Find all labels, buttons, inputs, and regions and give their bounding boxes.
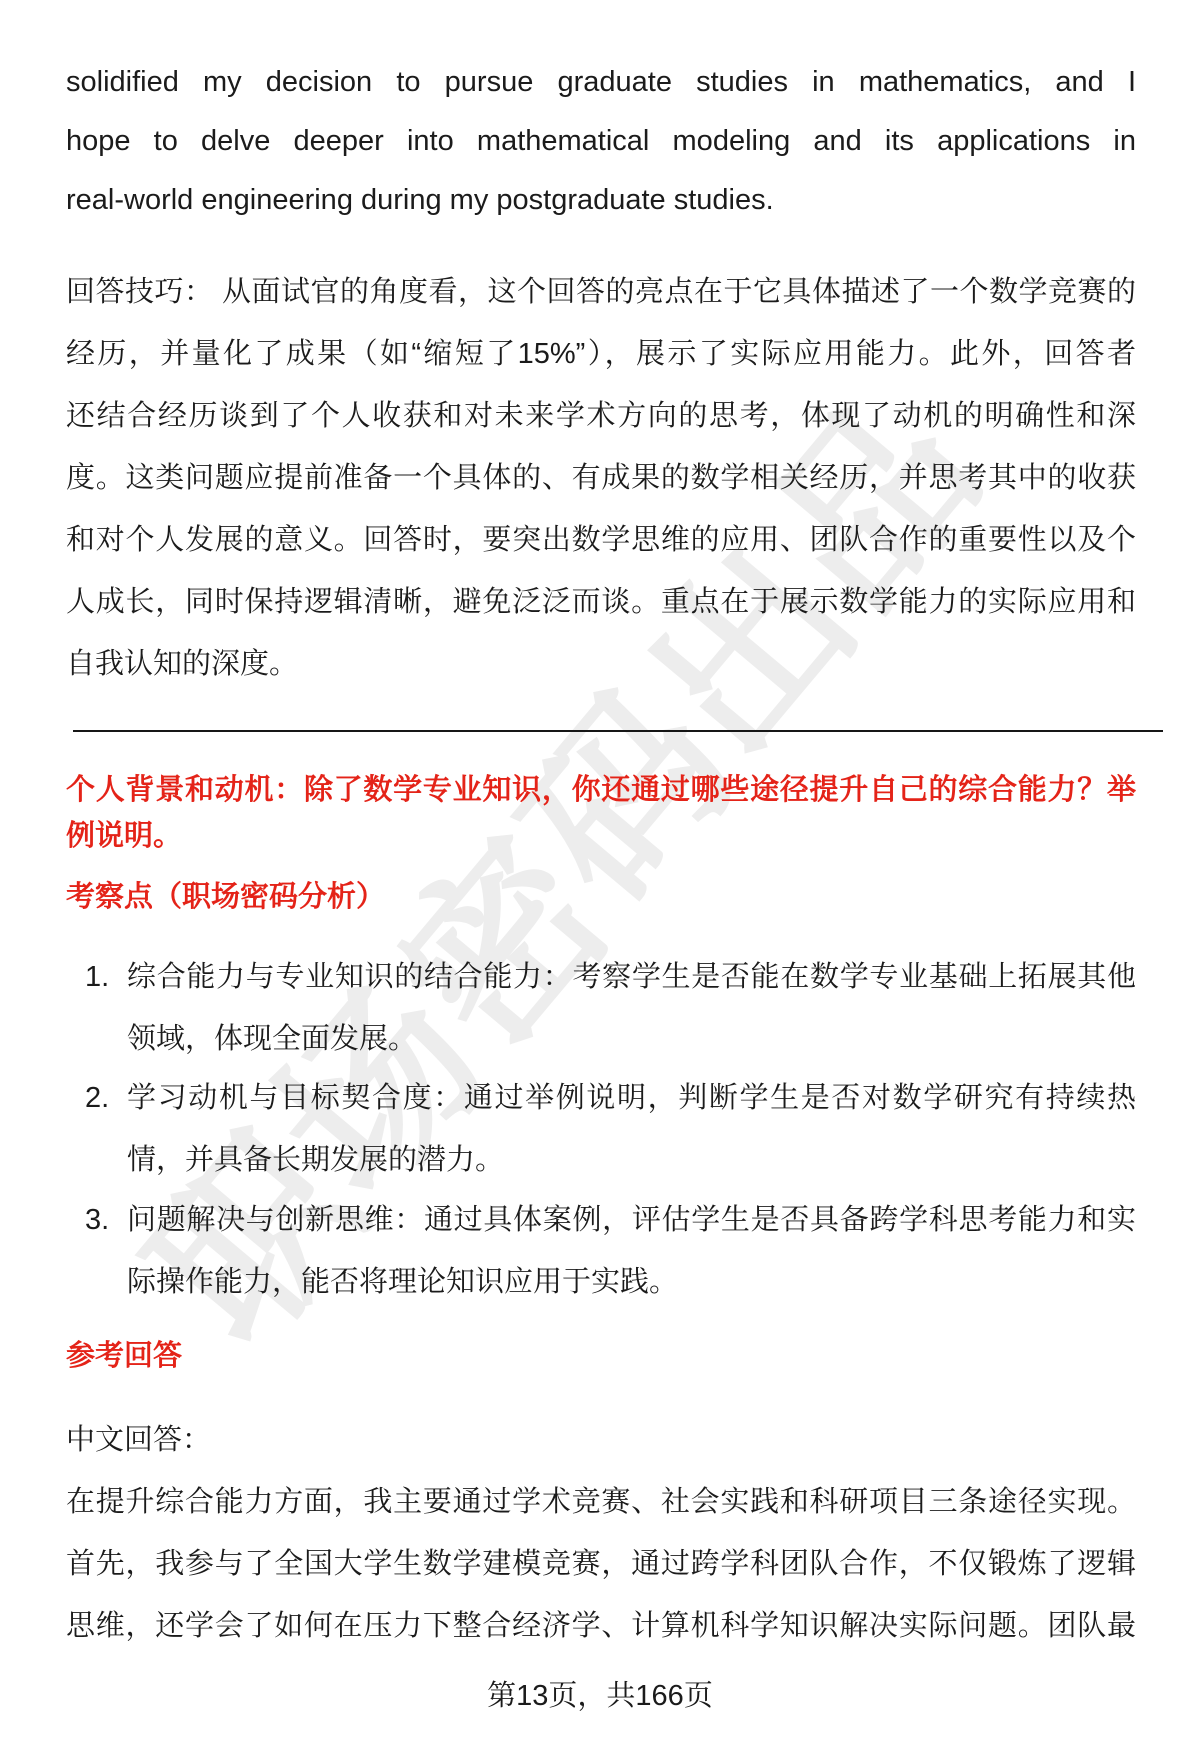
text-line: 度。这类问题应提前准备一个具体的、有成果的数学相关经历，并思考其中的收获: [66, 447, 1136, 509]
text-line: 思维，还学会了如何在压力下整合经济学、计算机科学知识解决实际问题。团队最: [66, 1595, 1136, 1657]
exam-point-item-1: 1. 综合能力与专业知识的结合能力：考察学生是否能在数学专业基础上拓展其他 领域…: [66, 946, 1136, 1070]
text-line: 首先，我参与了全国大学生数学建模竞赛，通过跨学科团队合作，不仅锻炼了逻辑: [66, 1533, 1136, 1595]
text-line: hope to delve deeper into mathematical m…: [66, 112, 1136, 171]
list-number: 3.: [85, 1189, 109, 1251]
text-line: 还结合经历谈到了个人收获和对未来学术方向的思考，体现了动机的明确性和深: [66, 385, 1136, 447]
text-line: 个人背景和动机：除了数学专业知识，你还通过哪些途径提升自己的综合能力？举: [66, 767, 1136, 813]
reference-answer-heading: 参考回答: [66, 1333, 1136, 1379]
page-number: 第13页，共166页: [0, 1674, 1200, 1718]
answer-tips-paragraph: 回答技巧： 从面试官的角度看，这个回答的亮点在于它具体描述了一个数学竞赛的 经历…: [66, 261, 1136, 695]
list-number: 1.: [85, 946, 109, 1008]
answer-label: 中文回答：: [66, 1409, 1136, 1471]
text-line: 问题解决与创新思维：通过具体案例，评估学生是否具备跨学科思考能力和实: [66, 1189, 1136, 1251]
text-line: 经历，并量化了成果（如“缩短了15%”），展示了实际应用能力。此外，回答者: [66, 323, 1136, 385]
text-line: solidified my decision to pursue graduat…: [66, 53, 1136, 112]
text-line: 考察点（职场密码分析）: [66, 874, 1136, 920]
text-line: 领域，体现全面发展。: [66, 1008, 1136, 1070]
text-line: 例说明。: [66, 813, 1136, 859]
chinese-answer-paragraph: 中文回答： 在提升综合能力方面，我主要通过学术竞赛、社会实践和科研项目三条途径实…: [66, 1409, 1136, 1657]
exam-point-item-2: 2. 学习动机与目标契合度：通过举例说明，判断学生是否对数学研究有持续热 情，并…: [66, 1067, 1136, 1191]
text-line: 回答技巧： 从面试官的角度看，这个回答的亮点在于它具体描述了一个数学竞赛的: [66, 261, 1136, 323]
text-line: 学习动机与目标契合度：通过举例说明，判断学生是否对数学研究有持续热: [66, 1067, 1136, 1129]
section-divider-line: [73, 730, 1163, 732]
text-line: real-world engineering during my postgra…: [66, 171, 1136, 230]
list-number: 2.: [85, 1067, 109, 1129]
text-line: 在提升综合能力方面，我主要通过学术竞赛、社会实践和科研项目三条途径实现。: [66, 1471, 1136, 1533]
text-line: 际操作能力，能否将理论知识应用于实践。: [66, 1251, 1136, 1313]
exam-point-item-3: 3. 问题解决与创新思维：通过具体案例，评估学生是否具备跨学科思考能力和实 际操…: [66, 1189, 1136, 1313]
exam-points-heading: 考察点（职场密码分析）: [66, 874, 1136, 920]
text-line: 参考回答: [66, 1333, 1136, 1379]
text-line: 自我认知的深度。: [66, 633, 1136, 695]
text-line: 和对个人发展的意义。回答时，要突出数学思维的应用、团队合作的重要性以及个: [66, 509, 1136, 571]
text-line: 人成长，同时保持逻辑清晰，避免泛泛而谈。重点在于展示数学能力的实际应用和: [66, 571, 1136, 633]
english-paragraph: solidified my decision to pursue graduat…: [66, 53, 1136, 230]
text-line: 综合能力与专业知识的结合能力：考察学生是否能在数学专业基础上拓展其他: [66, 946, 1136, 1008]
text-line: 情，并具备长期发展的潜力。: [66, 1129, 1136, 1191]
document-page: 职场密码出品 solidified my decision to pursue …: [0, 0, 1200, 1755]
question-heading: 个人背景和动机：除了数学专业知识，你还通过哪些途径提升自己的综合能力？举 例说明…: [66, 767, 1136, 859]
